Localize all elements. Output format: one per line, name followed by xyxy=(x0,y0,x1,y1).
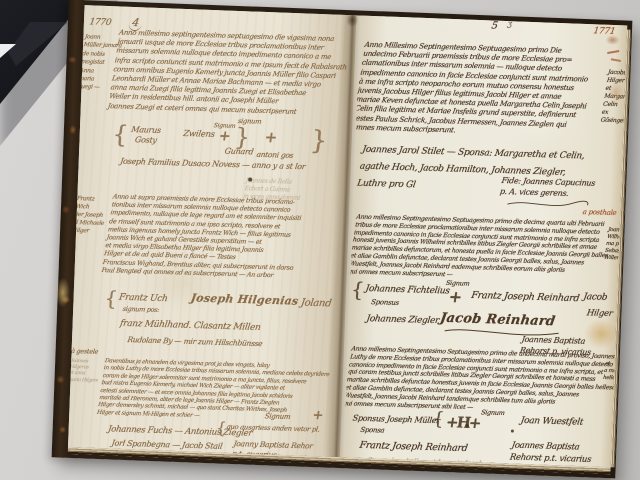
foxing-spot xyxy=(605,35,619,46)
witness-name: antoni gos xyxy=(256,150,294,160)
brace-icon: { xyxy=(111,120,129,148)
entry-1771-first-text: Anno Millesimo Septingentesimo Septuages… xyxy=(351,40,617,139)
signature-name: Johannes Ziegler xyxy=(366,314,440,326)
ink-blot xyxy=(511,429,514,432)
margin-note-line: Willers xyxy=(603,255,627,263)
page-stain xyxy=(584,318,619,349)
signature-name: Joland xyxy=(300,298,332,310)
signature-name: Sponsus xyxy=(371,298,400,307)
signature-flourish xyxy=(505,199,589,210)
signum-cross-icon: + xyxy=(447,287,463,306)
page-spread: 1770 4 JoannMüller jamarade nobismogista… xyxy=(68,5,627,467)
entry-1770-text: Anno millesimo septingentesimo septuages… xyxy=(107,29,340,118)
brace-icon: } xyxy=(309,126,328,157)
margin-notes-mid: FrantzWichder Josephel MichaeleHilger xyxy=(71,195,111,236)
signum-label: Signum xyxy=(445,279,470,288)
left-page: 1770 4 JoannMüller jamarade nobismogista… xyxy=(68,5,356,457)
signature-name: Frantz Joseph Reinhard xyxy=(359,440,468,454)
witness-name: Zwilens xyxy=(182,129,215,140)
witness-name: Maurus xyxy=(131,125,162,135)
left-page-year: 1770 xyxy=(89,17,112,28)
signature-line: franz Mühlhand. Clasantz Millen xyxy=(119,319,261,333)
brace-icon: { xyxy=(103,286,118,310)
margin-note-line: Gösingen xyxy=(600,117,627,126)
signature-line: Rudolane By — mir zum Hilschbünsse xyxy=(127,335,263,348)
signature-name: Johannes Fichtelius xyxy=(365,284,451,297)
signum-cross-icon: + xyxy=(218,128,232,144)
signature-name: Frantz Joseph Reinhard xyxy=(470,290,579,304)
register-book: 1770 4 JoannMüller jamarade nobismogista… xyxy=(52,0,633,478)
posthale-note: a posthale xyxy=(582,208,617,217)
signum-label: signum pos: xyxy=(122,305,160,314)
signature-name: Joseph Hilgenias xyxy=(190,291,299,307)
margin-note-gestele: à gestele xyxy=(71,347,99,356)
signature-name: Jacob xyxy=(583,292,608,303)
priest-attestation-first: Fide: Joannes Capucinusp. A. vices geren… xyxy=(499,175,596,200)
witness-name: Gunard xyxy=(224,147,254,157)
entry-1771-third-text: Anno millesimo Septingentesimo Septuages… xyxy=(344,345,614,415)
entry-third-text: Daventibus ja ehnanden da virgesima prot… xyxy=(96,358,339,424)
signature-name: Frantz Uch xyxy=(118,293,168,304)
signum-double-cross-mark: +H+ xyxy=(445,413,481,432)
brace-icon: { xyxy=(350,277,365,301)
signum-label: Signum xyxy=(264,412,291,421)
margin-notes-second: JoannesWilhelmlema peschaSebastianWiller… xyxy=(603,227,627,263)
signature-name: Joan Wuestfelt xyxy=(520,416,584,428)
signature-name: Hilger xyxy=(586,308,613,319)
signature-line: Jorl Spanbegna — Jacob Stail xyxy=(111,439,223,451)
signum-label: Signum xyxy=(481,408,506,417)
signature-name: Sponsa xyxy=(360,426,385,435)
signature-name: Sponsus Joseph Müller xyxy=(352,414,440,426)
margin-notes-bottom: JoannesHilgeruset annamaria Hilgers xyxy=(68,359,103,385)
priest-attestation-third: Joannes BaptistaRehorst p.t. vicarius xyxy=(509,440,594,466)
signum-cross-icon: + xyxy=(263,128,278,146)
signum-cross-icon: + xyxy=(311,408,324,423)
photograph-of-register: 1770 4 JoannMüller jamarade nobismogista… xyxy=(0,0,640,480)
brace-icon: { xyxy=(431,409,444,430)
witness-name: Gosty xyxy=(134,135,157,145)
margin-note-line: maria Hilgers xyxy=(68,377,100,384)
flourish-mark: ʒ xyxy=(507,19,513,28)
entry-1771-second-text: Anno millesimo Septingentesimo Septuages… xyxy=(347,214,617,284)
right-page-number: 5 xyxy=(491,20,499,31)
margin-note-line: Hilger xyxy=(71,227,106,236)
margin-note-line: Zuegi — xyxy=(77,83,112,92)
cover-stain xyxy=(55,277,70,308)
entry-second-text: Anno ut supra praemissis de more Ecclesi… xyxy=(101,192,344,281)
signature-line: Rehorst p.t. vicarius xyxy=(509,451,592,465)
right-page: 5 ʒ 1771 Anno Millesimo Septingentesimo … xyxy=(344,16,627,468)
